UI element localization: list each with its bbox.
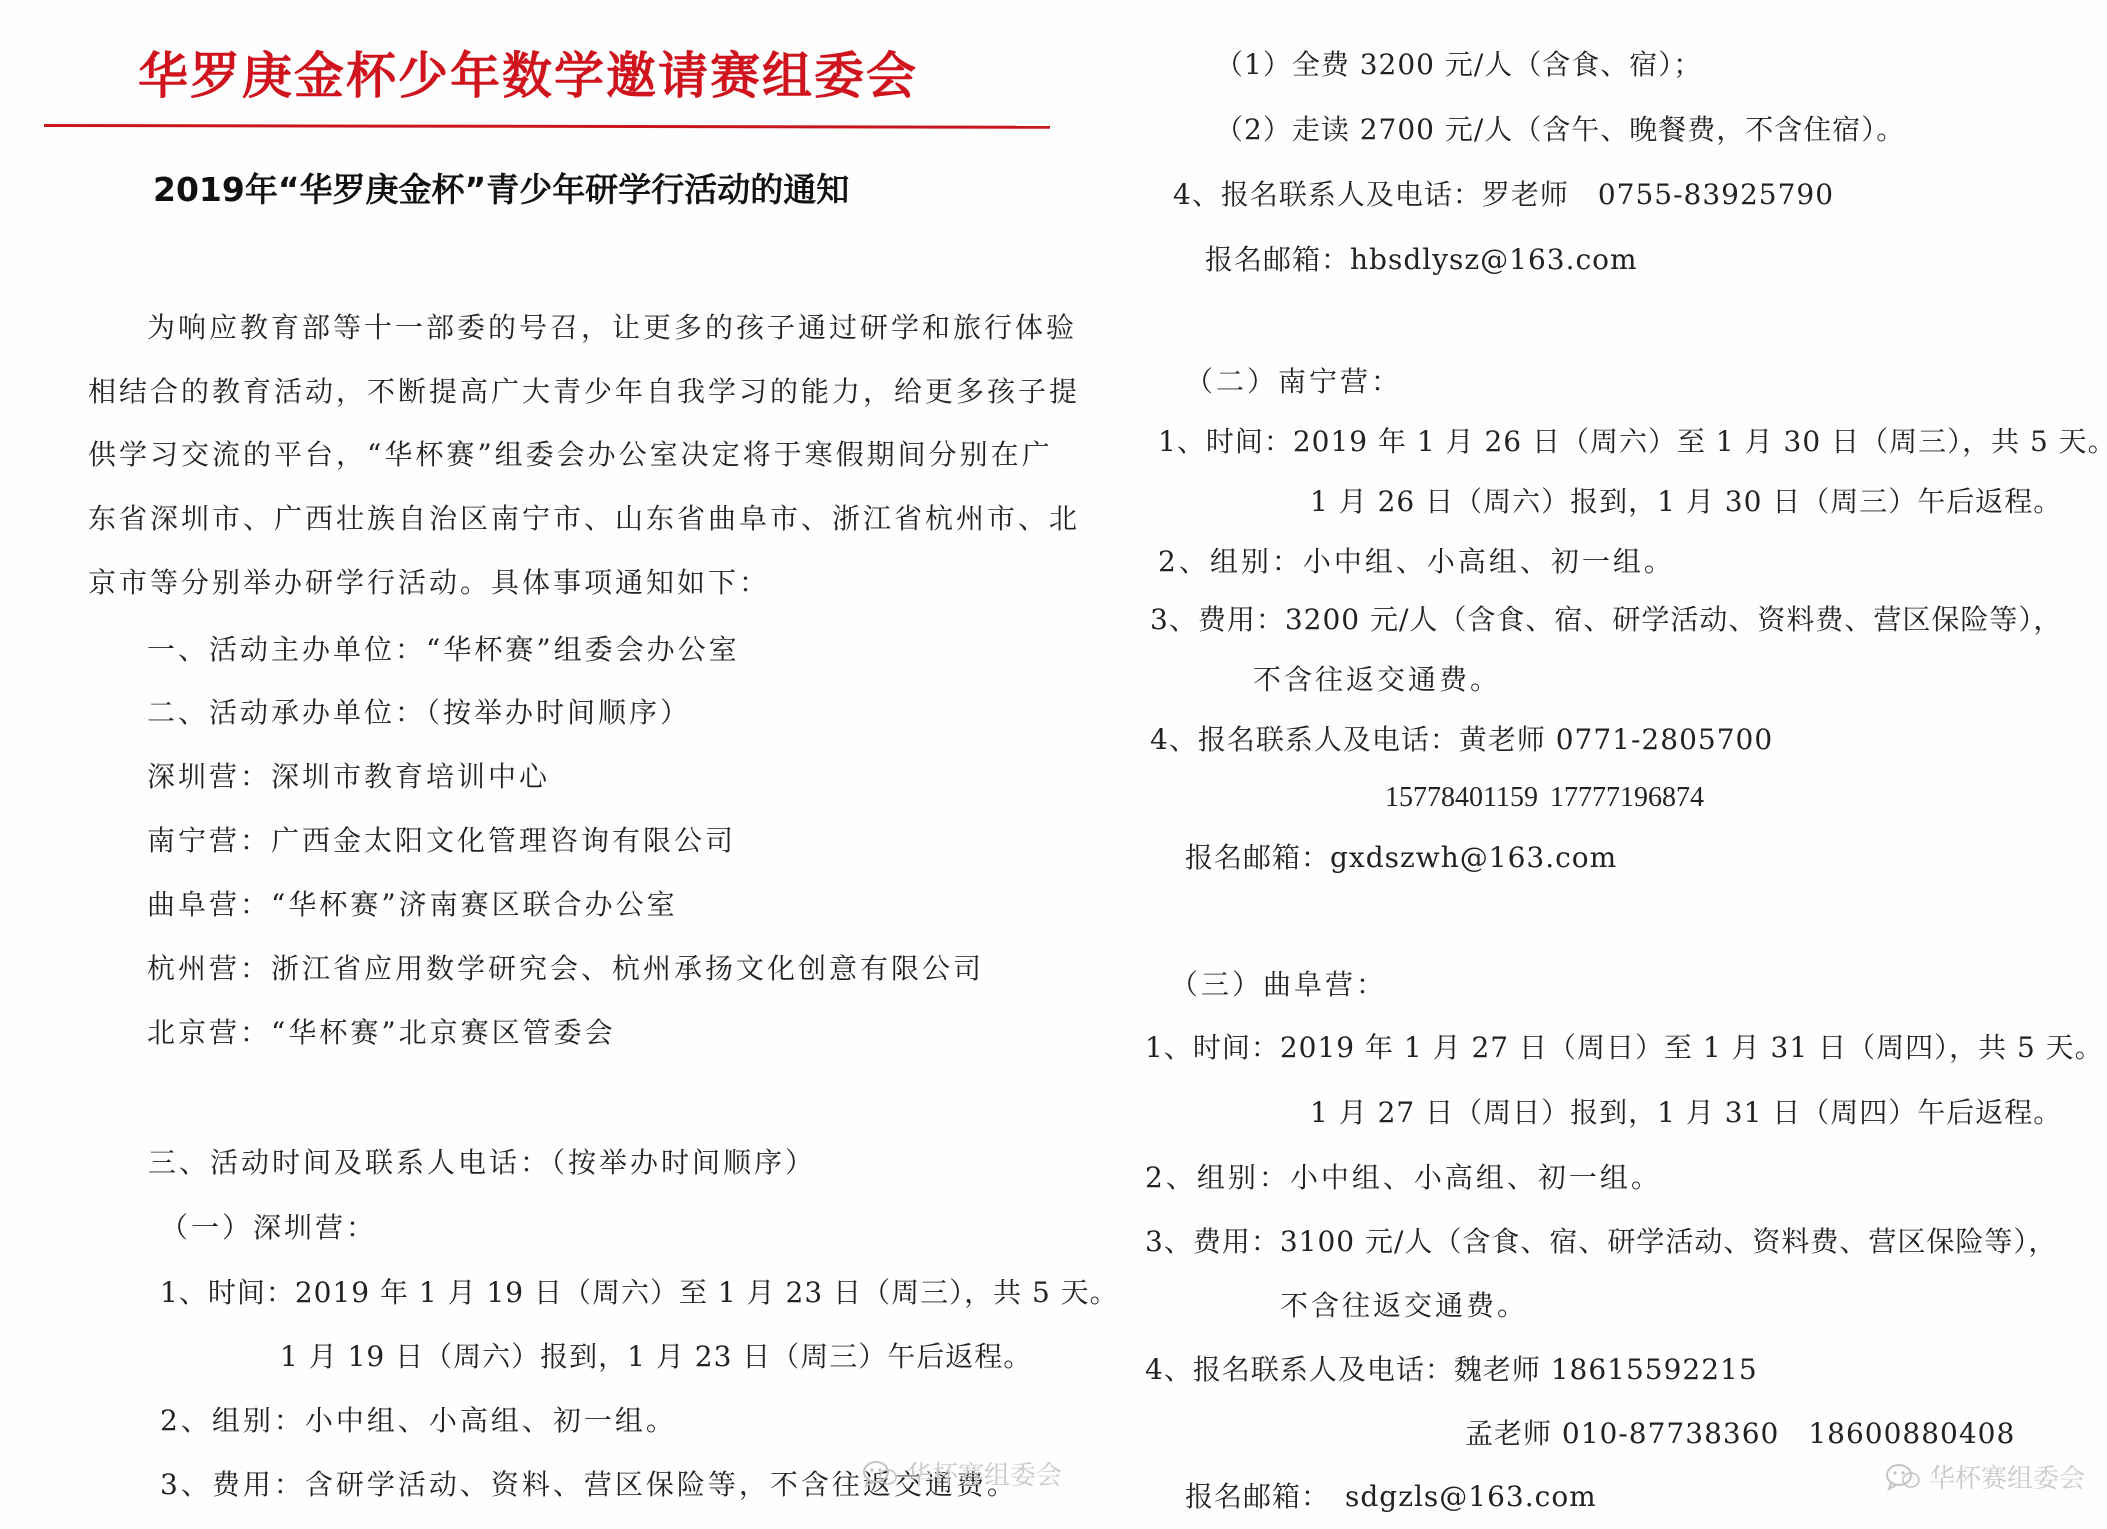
shenzhen-contact: 4、报名联系人及电话：罗老师 0755-83925790 [1173, 175, 1834, 215]
nanning-fee: 3、费用：3200 元/人（含食、宿、研学活动、资料费、营区保险等）， [1150, 600, 2062, 640]
qufu-fee: 3、费用：3100 元/人（含食、宿、研学活动、资料费、营区保险等）， [1145, 1222, 2057, 1262]
intro-line-2: 相结合的教育活动，不断提高广大青少年自我学习的能力，给更多孩子提 [88, 372, 1080, 412]
organization-title: 华罗庚金杯少年数学邀请赛组委会 [138, 44, 918, 108]
shenzhen-heading: （一）深圳营： [160, 1208, 377, 1248]
nanning-time-detail: 1 月 26 日（周六）报到，1 月 30 日（周三）午后返程。 [1310, 482, 2062, 522]
shenzhen-fee-day: （2）走读 2700 元/人（含午、晚餐费，不含住宿）。 [1215, 110, 1905, 150]
qufu-heading: （三）曲阜营： [1170, 965, 1387, 1005]
nanning-phone-3: 17777196874 [1550, 778, 1704, 818]
intro-line-3: 供学习交流的平台，“华杯赛”组委会办公室决定将于寒假期间分别在广 [88, 435, 1053, 475]
shenzhen-groups: 2、组别：小中组、小高组、初一组。 [160, 1401, 677, 1441]
shenzhen-time-detail: 1 月 19 日（周六）报到，1 月 23 日（周三）午后返程。 [280, 1337, 1032, 1377]
qufu-time-detail: 1 月 27 日（周日）报到，1 月 31 日（周四）午后返程。 [1310, 1093, 2062, 1133]
intro-line-1: 为响应教育部等十一部委的号召，让更多的孩子通过研学和旅行体验 [147, 308, 1077, 348]
notice-document: 华罗庚金杯少年数学邀请赛组委会 2019年“华罗庚金杯”青少年研学行活动的通知 … [0, 0, 2107, 1529]
section-schedule: 三、活动时间及联系人电话：（按举办时间顺序） [148, 1143, 816, 1183]
watermark-left: 华杯赛组委会 [862, 1455, 1062, 1492]
nanning-time: 1、时间：2019 年 1 月 26 日（周六）至 1 月 30 日（周三），共… [1158, 422, 2107, 462]
shenzhen-fee-full: （1）全费 3200 元/人（含食、宿）； [1215, 45, 1702, 85]
host-hangzhou: 杭州营：浙江省应用数学研究会、杭州承扬文化创意有限公司 [147, 949, 984, 989]
qufu-time: 1、时间：2019 年 1 月 27 日（周日）至 1 月 31 日（周四），共… [1145, 1028, 2104, 1068]
wechat-icon [1885, 1462, 1921, 1492]
notice-title: 2019年“华罗庚金杯”青少年研学行活动的通知 [153, 168, 849, 212]
host-beijing: 北京营：“华杯赛”北京赛区管委会 [147, 1013, 616, 1053]
shenzhen-email: 报名邮箱：hbsdlysz@163.com [1205, 240, 1638, 280]
host-qufu: 曲阜营：“华杯赛”济南赛区联合办公室 [147, 885, 678, 925]
wechat-icon [862, 1459, 898, 1489]
intro-line-5: 京市等分别举办研学行活动。具体事项通知如下： [88, 563, 770, 603]
section-organizer: 一、活动主办单位：“华杯赛”组委会办公室 [147, 630, 740, 670]
intro-line-4: 东省深圳市、广西壮族自治区南宁市、山东省曲阜市、浙江省杭州市、北 [88, 499, 1080, 539]
watermark-text: 华杯赛组委会 [1929, 1458, 2085, 1495]
qufu-contact-2: 孟老师 010-87738360 18600880408 [1465, 1414, 2015, 1454]
qufu-email: 报名邮箱： sdgzls@163.com [1185, 1477, 1597, 1517]
watermark-right: 华杯赛组委会 [1885, 1458, 2085, 1495]
qufu-fee-cont: 不含往返交通费。 [1280, 1286, 1528, 1326]
watermark-text: 华杯赛组委会 [906, 1455, 1062, 1492]
host-shenzhen: 深圳营：深圳市教育培训中心 [147, 757, 550, 797]
nanning-contact: 4、报名联系人及电话：黄老师 0771-2805700 [1150, 720, 1773, 760]
qufu-contact: 4、报名联系人及电话：魏老师 18615592215 [1145, 1350, 1758, 1390]
qufu-groups: 2、组别：小中组、小高组、初一组。 [1145, 1158, 1662, 1198]
red-header-rule [44, 124, 1050, 129]
nanning-groups: 2、组别：小中组、小高组、初一组。 [1158, 542, 1675, 582]
nanning-phone-2: 15778401159 [1385, 778, 1538, 818]
nanning-heading: （二）南宁营： [1185, 362, 1402, 402]
section-hosts: 二、活动承办单位：（按举办时间顺序） [147, 693, 691, 733]
nanning-email: 报名邮箱：gxdszwh@163.com [1185, 838, 1617, 878]
host-nanning: 南宁营：广西金太阳文化管理咨询有限公司 [147, 821, 736, 861]
shenzhen-time: 1、时间：2019 年 1 月 19 日（周六）至 1 月 23 日（周三），共… [160, 1273, 1119, 1313]
nanning-fee-cont: 不含往返交通费。 [1253, 660, 1501, 700]
